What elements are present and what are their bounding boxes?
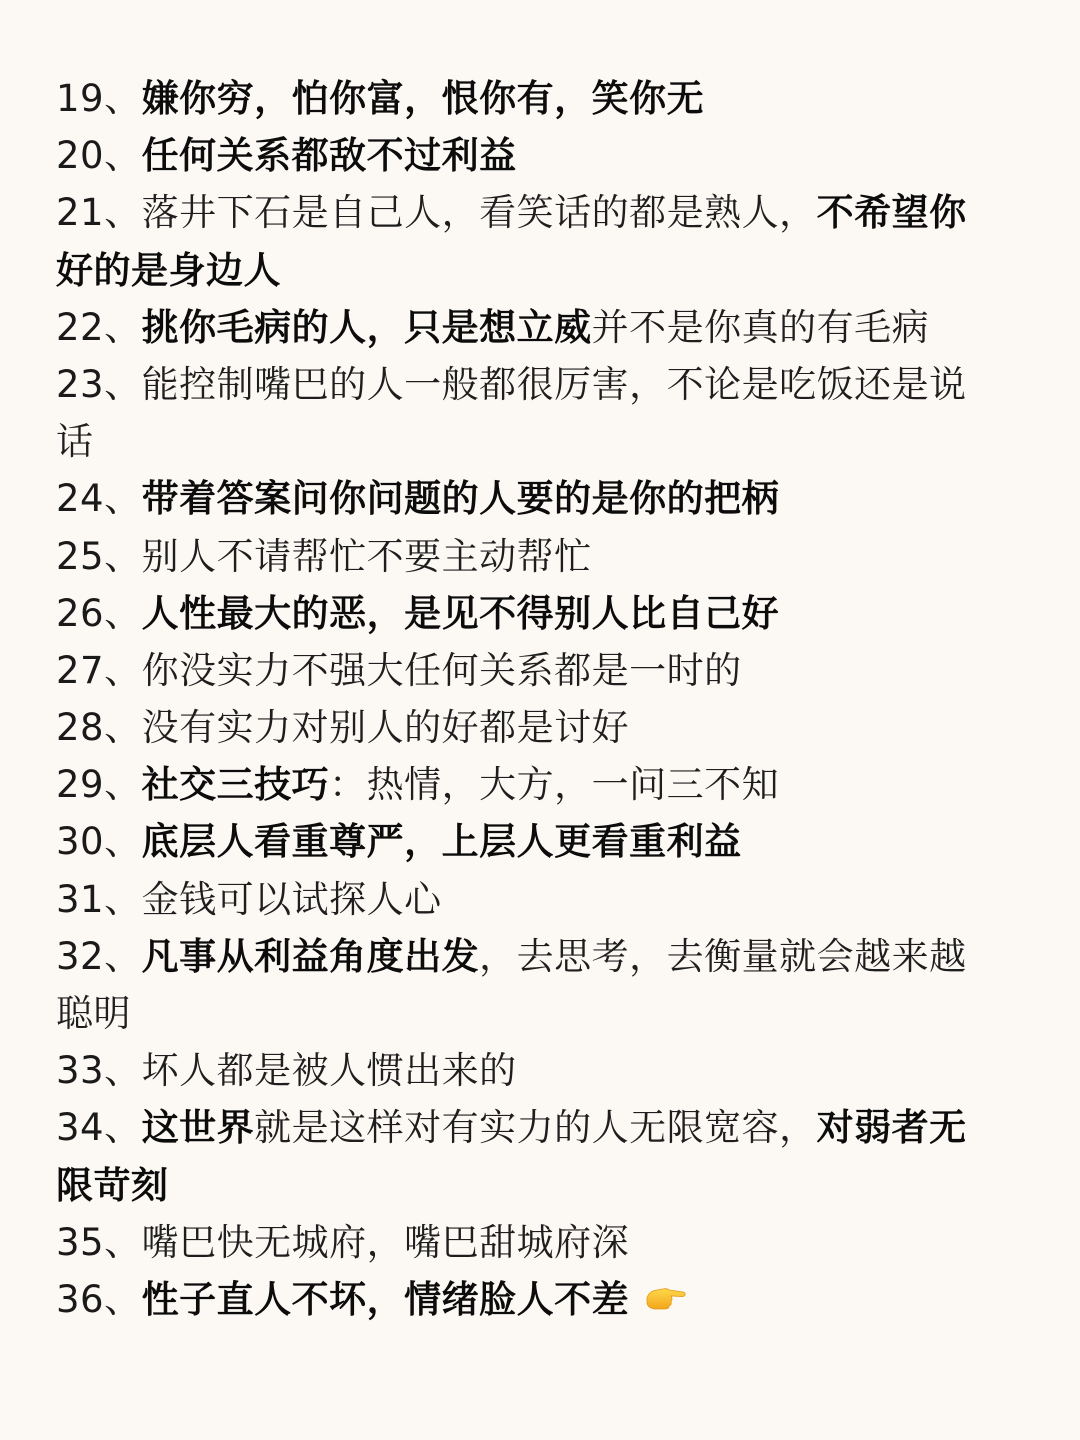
regular-text: ：热情，大方，一问三不知 <box>329 763 779 806</box>
list-item: 20、任何关系都敌不过利益 <box>56 127 1036 184</box>
regular-text: 话 <box>56 420 94 463</box>
bold-text: 底层人看重尊严，上层人更看重利益 <box>142 820 742 863</box>
regular-text: 没有实力对别人的好都是讨好 <box>142 706 630 749</box>
list-item: 32、凡事从利益角度出发，去思考，去衡量就会越来越 <box>56 928 1036 985</box>
list-item: 30、底层人看重尊严，上层人更看重利益 <box>56 813 1036 870</box>
list-item: 19、嫌你穷，怕你富，恨你有，笑你无 <box>56 70 1036 127</box>
bold-text: 凡事从利益角度出发 <box>142 935 480 978</box>
bold-text: 人性最大的恶，是见不得别人比自己好 <box>142 592 780 635</box>
list-item: 27、你没实力不强大任何关系都是一时的 <box>56 642 1036 699</box>
list-item: 35、嘴巴快无城府，嘴巴甜城府深 <box>56 1214 1036 1271</box>
regular-text: 并不是你真的有毛病 <box>592 306 930 349</box>
bold-text: 挑你毛病的人， <box>142 306 405 349</box>
item-number: 20、 <box>56 134 142 177</box>
item-number: 27、 <box>56 649 142 692</box>
pointing-right-hand-icon <box>643 1284 687 1314</box>
bold-text: 这世界 <box>142 1106 255 1149</box>
bold-text: 限苛刻 <box>56 1164 169 1207</box>
list-item: 24、带着答案问你问题的人要的是你的把柄 <box>56 470 1036 527</box>
bold-text: 不希望你 <box>817 191 967 234</box>
list-item: 22、挑你毛病的人，只是想立威并不是你真的有毛病 <box>56 299 1036 356</box>
regular-text: 金钱可以试探人心 <box>142 878 442 921</box>
item-number: 36、 <box>56 1278 142 1321</box>
list-item: 31、金钱可以试探人心 <box>56 871 1036 928</box>
item-number: 32、 <box>56 935 142 978</box>
list-item: 36、性子直人不坏，情绪脸人不差 <box>56 1271 1036 1328</box>
list-item-continuation: 好的是身边人 <box>56 242 1036 299</box>
item-number: 26、 <box>56 592 142 635</box>
regular-text: 别人不请帮忙不要主动帮忙 <box>142 535 592 578</box>
item-number: 25、 <box>56 535 142 578</box>
item-number: 35、 <box>56 1221 142 1264</box>
item-number: 30、 <box>56 820 142 863</box>
item-number: 21、 <box>56 191 142 234</box>
list-item: 29、社交三技巧：热情，大方，一问三不知 <box>56 756 1036 813</box>
bold-text: 任何关系都敌不过利益 <box>142 134 517 177</box>
list-item: 23、能控制嘴巴的人一般都很厉害，不论是吃饭还是说 <box>56 356 1036 413</box>
bold-text: 好的是身边人 <box>56 249 281 292</box>
list-item-continuation: 聪明 <box>56 985 1036 1042</box>
item-number: 23、 <box>56 363 142 406</box>
regular-text: 你没实力不强大任何关系都是一时的 <box>142 649 742 692</box>
item-number: 29、 <box>56 763 142 806</box>
bold-text: 性子直人不坏，情绪脸人不差 <box>142 1278 630 1321</box>
list-item: 25、别人不请帮忙不要主动帮忙 <box>56 528 1036 585</box>
bold-text: 对弱者无 <box>817 1106 967 1149</box>
bold-text: 带着答案问你问题的人要的是你的把柄 <box>142 477 780 520</box>
bold-text: 社交三技巧 <box>142 763 330 806</box>
list-item-continuation: 话 <box>56 413 1036 470</box>
regular-text: 嘴巴快无城府，嘴巴甜城府深 <box>142 1221 630 1264</box>
list-item: 28、没有实力对别人的好都是讨好 <box>56 699 1036 756</box>
quote-list: 19、嫌你穷，怕你富，恨你有，笑你无20、任何关系都敌不过利益21、落井下石是自… <box>56 70 1036 1328</box>
bold-text: 嫌你穷，怕你富，恨你有，笑你无 <box>142 77 705 120</box>
bold-text: 只是想立威 <box>404 306 592 349</box>
item-number: 19、 <box>56 77 142 120</box>
item-number: 31、 <box>56 878 142 921</box>
regular-text: ，去思考，去衡量就会越来越 <box>479 935 967 978</box>
regular-text: 坏人都是被人惯出来的 <box>142 1049 517 1092</box>
item-number: 24、 <box>56 477 142 520</box>
regular-text: 聪明 <box>56 992 131 1035</box>
item-number: 33、 <box>56 1049 142 1092</box>
item-number: 34、 <box>56 1106 142 1149</box>
item-number: 22、 <box>56 306 142 349</box>
list-item-continuation: 限苛刻 <box>56 1157 1036 1214</box>
regular-text: 落井下石是自己人，看笑话的都是熟人， <box>142 191 817 234</box>
regular-text: 就是这样对有实力的人无限宽容， <box>254 1106 817 1149</box>
item-number: 28、 <box>56 706 142 749</box>
list-item: 33、坏人都是被人惯出来的 <box>56 1042 1036 1099</box>
regular-text: 能控制嘴巴的人一般都很厉害，不论是吃饭还是说 <box>142 363 967 406</box>
list-item: 21、落井下石是自己人，看笑话的都是熟人，不希望你 <box>56 184 1036 241</box>
list-item: 26、人性最大的恶，是见不得别人比自己好 <box>56 585 1036 642</box>
list-item: 34、这世界就是这样对有实力的人无限宽容，对弱者无 <box>56 1099 1036 1156</box>
